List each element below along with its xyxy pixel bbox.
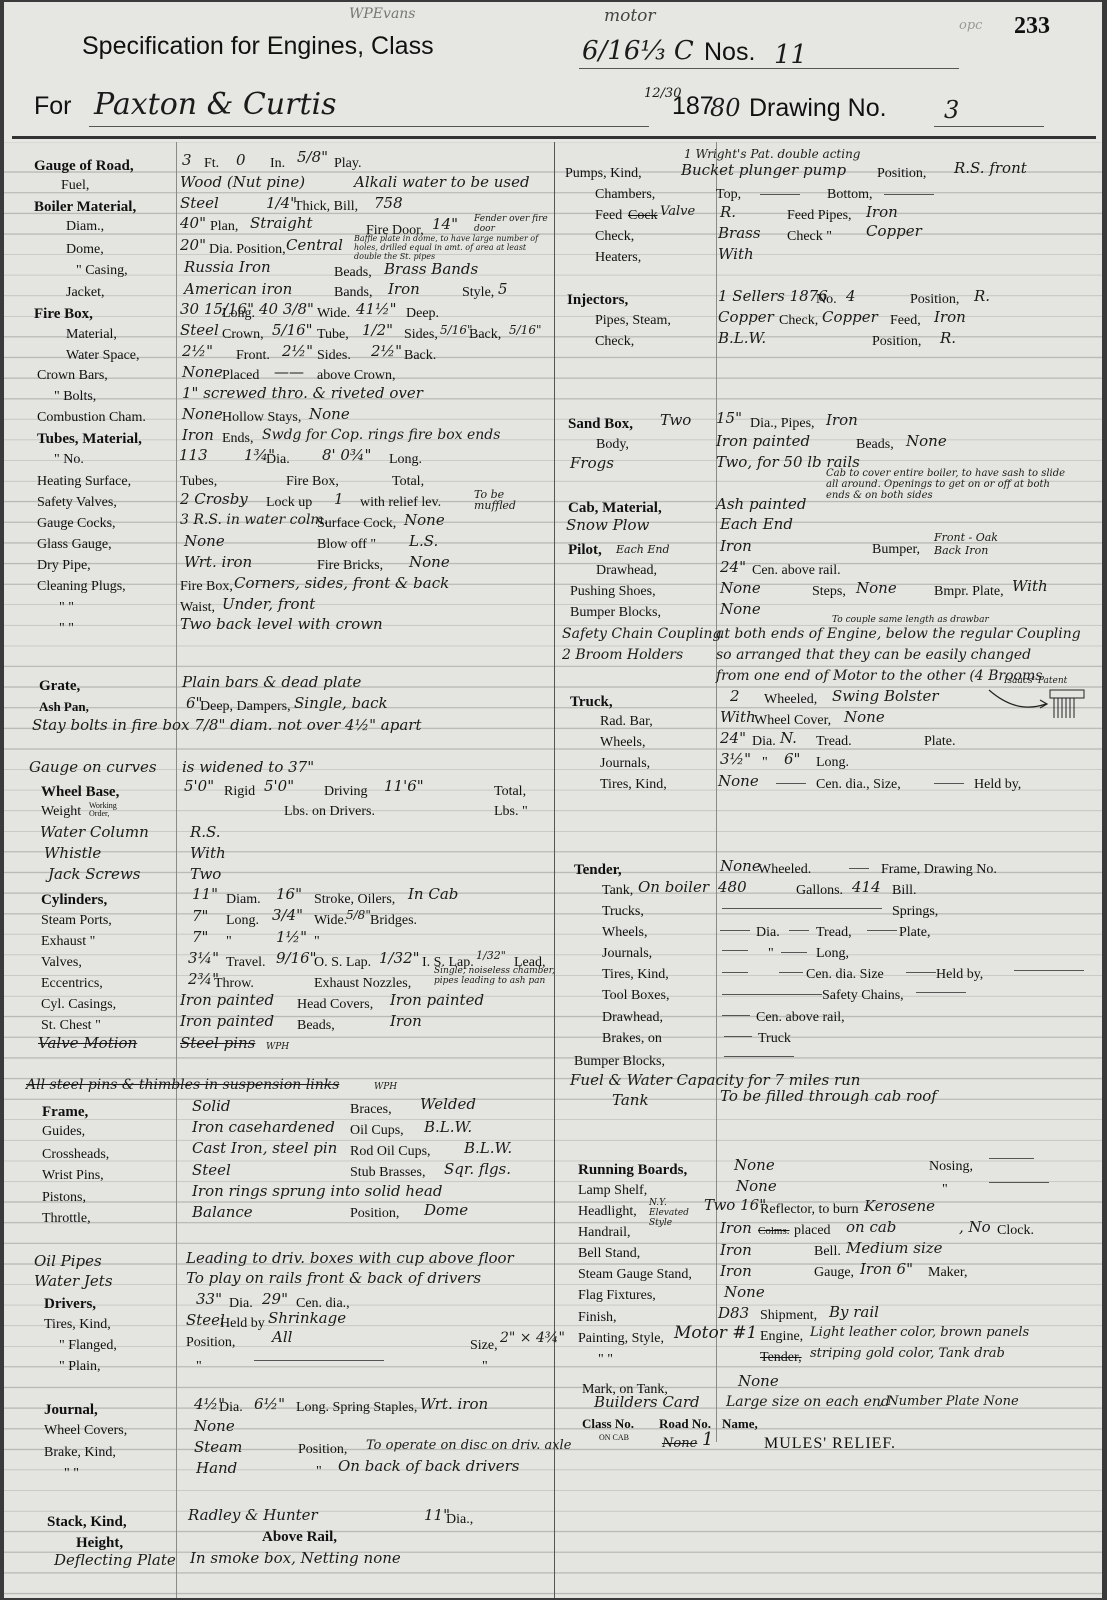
label-ash-pan: Ash Pan, — [39, 699, 89, 715]
brakes-truck-label: Truck — [758, 1031, 791, 1047]
label-lamp-shelf: Lamp Shelf, — [578, 1183, 647, 1199]
label-headlight: Headlight, — [578, 1204, 637, 1220]
pumps-position: R.S. front — [954, 160, 1027, 176]
tank-handwritten: On boiler — [638, 879, 709, 895]
handrail-placed-label: placed — [794, 1223, 831, 1239]
label-valves: Valves, — [41, 955, 82, 971]
tubes-long-label: Long. — [389, 452, 422, 468]
combustion-value: None — [182, 406, 223, 422]
wrist-pins-value: Steel — [192, 1162, 231, 1178]
label-tank: Tank, — [602, 883, 633, 899]
pilot-bumper-label: Bumper, — [872, 542, 920, 558]
t-tires-cen-label: Cen. dia. Size — [806, 967, 884, 983]
truck-wheeled: Swing Bolster — [832, 688, 939, 704]
label-brake-kind: Brake, Kind, — [44, 1445, 116, 1461]
inj-check-value: B.L.W. — [718, 330, 766, 346]
gauge-play-label: Play. — [334, 156, 361, 172]
label-weight: Weight — [41, 804, 81, 820]
bmpr-plate-value: With — [1012, 578, 1048, 594]
material-sides-label: Sides, — [404, 327, 438, 343]
material-value: Steel — [180, 322, 219, 338]
nos-value: 11 — [774, 40, 807, 70]
plain-ditto: " — [196, 1359, 202, 1375]
t-tires-blank1 — [722, 972, 748, 973]
t-tires-blank4 — [1014, 970, 1084, 971]
label-glass-gauge: Glass Gauge, — [37, 537, 112, 553]
valve-motion-initials: WPH — [266, 1042, 289, 1052]
injectors-position: R. — [974, 288, 990, 304]
clock-pre: , No — [959, 1219, 991, 1235]
painting-engine-label: Engine, — [760, 1329, 803, 1345]
lamp-shelf-blank — [989, 1182, 1049, 1183]
label-boiler-material: Boiler Material, — [34, 199, 136, 215]
brake-position-label: Position, — [298, 1442, 347, 1458]
tires-cen-label: Cen. dia., Size, — [816, 777, 901, 793]
class-underline — [579, 68, 959, 69]
left-col-divider — [176, 142, 177, 1598]
flanged-position-label: Position, — [186, 1335, 235, 1351]
label-truck: Truck, — [570, 694, 613, 710]
stub-brasses-value: Sqr. flgs. — [444, 1161, 511, 1177]
casing-value: Russia Iron — [184, 259, 271, 275]
brake-hand-position: On back of back drivers — [338, 1458, 519, 1474]
jacket-bands: Iron — [388, 281, 420, 297]
journal-dia-label: Dia. — [219, 1400, 243, 1416]
label-plain: " Plain, — [59, 1359, 101, 1375]
oil-cups-value: B.L.W. — [424, 1119, 472, 1135]
label-broom-holders: 2 Broom Holders — [562, 647, 683, 663]
cylinders-oilers: In Cab — [408, 886, 458, 902]
wheel-cover-value: None — [844, 709, 885, 725]
steam-ports-wide: 3/4" — [272, 907, 303, 923]
label-cleaning-back: " " — [59, 621, 74, 637]
heating-firebox-label: Fire Box, — [286, 474, 339, 490]
dry-pipe-value: Wrt. iron — [184, 554, 252, 570]
label-tubes-material: Tubes, Material, — [37, 431, 142, 447]
for-underline — [89, 126, 649, 127]
rod-oil-cups-label: Rod Oil Cups, — [350, 1144, 431, 1160]
label-whistle: Whistle — [44, 845, 101, 861]
label-dry-pipe: Dry Pipe, — [37, 558, 91, 574]
cylinders-diam: 11" — [192, 886, 218, 902]
snow-plow-value: Each End — [720, 516, 793, 532]
wheel-cover-label: Wheel Cover, — [754, 713, 831, 729]
surface-cock-label: Surface Cock, — [317, 516, 396, 532]
material-sides: 5/16" — [440, 322, 472, 338]
broom-holders-line1: so arranged that they can be easily chan… — [716, 647, 1031, 663]
label-wheel-covers: Wheel Covers, — [44, 1423, 127, 1439]
bolts-value: 1" screwed thro. & riveted over — [182, 385, 423, 401]
cylinders-diam-label: Diam. — [226, 892, 261, 908]
dome-value: 20" — [180, 237, 206, 253]
lamp-shelf-value: None — [736, 1178, 777, 1194]
brake-kind-value: Steam — [194, 1439, 242, 1455]
label-valve-motion: Valve Motion — [38, 1035, 137, 1051]
label-brakes-on: Brakes, on — [602, 1031, 662, 1047]
t-tires-held-label: Held by, — [936, 967, 983, 983]
label-body: Body, — [596, 437, 629, 453]
gauge-play: 5/8" — [297, 149, 328, 165]
label-cab-material: Cab, Material, — [568, 500, 662, 516]
sand-box-pipes: Iron — [826, 412, 858, 428]
ash-pan-deep-label: Deep, Dampers, — [200, 699, 291, 715]
stub-brasses-label: Stub Brasses, — [350, 1165, 425, 1181]
label-frame: Frame, — [42, 1104, 88, 1120]
material-back-label: Back, — [469, 327, 501, 343]
label-jacket: Jacket, — [66, 285, 104, 301]
wheels-value: 24" — [720, 730, 746, 746]
feed-cock-struck: Cock — [628, 208, 658, 224]
material-tube-label: Tube, — [317, 327, 349, 343]
label-trucks: Trucks, — [602, 904, 644, 920]
throttle-position-label: Position, — [350, 1206, 399, 1222]
cleaning-firebox-value: Corners, sides, front & back — [234, 575, 449, 591]
exhaust-nozzles-label: Exhaust Nozzles, — [314, 976, 411, 992]
label-guides: Guides, — [42, 1124, 85, 1140]
label-running-boards: Running Boards, — [578, 1162, 687, 1178]
label-safety-chain: Safety Chain Coupling — [562, 626, 721, 642]
bell-value: Medium size — [846, 1240, 943, 1256]
label-chambers: Chambers, — [595, 187, 655, 203]
blow-off-label: Blow off " — [317, 537, 376, 553]
tank-value: 480 — [718, 879, 747, 895]
firebox-deep-label: Deep. — [406, 306, 439, 322]
bumper-back: Back Iron — [934, 545, 988, 557]
label-tank-fill: Tank — [612, 1092, 649, 1108]
label-inj-check: Check, — [595, 334, 634, 350]
cleaning-back-value: Two back level with crown — [180, 616, 383, 632]
painting-engine-value: Light leather color, brown panels — [810, 1325, 1029, 1341]
tubes-material-value: Iron — [182, 427, 214, 443]
safety-chain-note: To couple same length as drawbar — [832, 615, 989, 625]
flanged-position: All — [272, 1329, 292, 1345]
bell-label: Bell. — [814, 1244, 841, 1260]
journals-value: 3½" — [720, 751, 751, 767]
frame-value: Solid — [192, 1098, 231, 1114]
jacket-bands-label: Bands, — [334, 285, 373, 301]
chambers-bottom-label: Bottom, — [827, 187, 873, 203]
weight-drivers-label: Lbs. on Drivers. — [284, 804, 375, 820]
crown-bars-value: None — [182, 364, 223, 380]
t-wheels-blank2 — [789, 930, 809, 931]
pilot-value: Iron — [720, 538, 752, 554]
pilot-sub: Each End — [616, 542, 670, 558]
surface-cock-value: None — [404, 512, 445, 528]
steam-ports-long: 7" — [192, 908, 208, 924]
label-stack-kind: Stack, Kind, — [47, 1514, 127, 1530]
water-jets-value: To play on rails front & back of drivers — [186, 1270, 481, 1286]
gauge-in-label: In. — [270, 156, 285, 172]
gauge-in: 0 — [236, 152, 246, 168]
wheels-dia-label: Dia. — [752, 734, 776, 750]
shipment-label: Shipment, — [760, 1308, 817, 1324]
drawhead-cen-label: Cen. above rail. — [752, 563, 841, 579]
drawing-label: Drawing No. — [749, 100, 887, 116]
diam-plan: Straight — [250, 215, 313, 231]
flanged-underline — [254, 1360, 384, 1361]
flag-fixtures-value: None — [724, 1284, 765, 1300]
hollow-stays-label: Hollow Stays, — [222, 410, 301, 426]
wheel-base-total-label: Total, — [494, 784, 526, 800]
safety-valves-note: To be muffled — [474, 489, 544, 511]
label-oil-pipes: Oil Pipes — [34, 1253, 102, 1269]
wheel-base-rigid-label: Rigid — [224, 784, 255, 800]
label-dome: Dome, — [66, 242, 104, 258]
t-wheels-dia-label: Dia. — [756, 925, 780, 941]
label-name: Name, — [722, 1416, 758, 1432]
jack-screws-value: Two — [190, 866, 221, 882]
year-handwritten: 80 — [710, 94, 741, 122]
label-builders-card: Builders Card — [594, 1394, 700, 1410]
dome-note: Baffle plate in dome, to have large numb… — [354, 234, 554, 261]
gauge-label: Gauge, — [814, 1265, 854, 1281]
braces-value: Welded — [420, 1096, 476, 1112]
label-t-drawhead: Drawhead, — [602, 1010, 663, 1026]
safety-chains-blank — [916, 992, 966, 993]
chambers-top-label: Top, — [716, 187, 741, 203]
label-snow-plow: Snow Plow — [566, 517, 649, 533]
pipes-check-value: Copper — [822, 309, 878, 325]
fire-door-value: 14" — [432, 216, 458, 232]
valves-os-lap: 9/16" — [276, 950, 317, 966]
eccentrics-throw-label: Throw. — [214, 976, 254, 992]
tank-gallons-label: Gallons. — [796, 883, 843, 899]
journal-long: 6½" — [254, 1396, 285, 1412]
tubes-ends-label: Ends, — [222, 431, 254, 447]
label-steam-ports: Steam Ports, — [41, 913, 112, 929]
wheel-base-total: 11'6" — [384, 778, 424, 794]
body-beads-label: Beads, — [856, 437, 894, 453]
stack-dia-label: Dia., — [446, 1512, 473, 1528]
cleaning-waist-value: Under, front — [222, 596, 315, 612]
label-cleaning-plugs: Cleaning Plugs, — [37, 579, 126, 595]
tires-value: None — [718, 773, 759, 789]
label-handrail: Handrail, — [578, 1225, 630, 1241]
label-crossheads: Crossheads, — [42, 1147, 109, 1163]
label-deflecting-plate: Deflecting Plate — [54, 1552, 176, 1568]
label-painting-style: Painting, Style, — [578, 1331, 664, 1347]
gauge-cocks-value: 3 R.S. in water colm. — [180, 512, 328, 528]
gauge-curves-value: is widened to 37" — [182, 759, 314, 775]
ws-back-label: Back. — [404, 348, 436, 364]
grate-value: Plain bars & dead plate — [182, 674, 361, 690]
whistle-value: With — [190, 845, 226, 861]
trucks-blank — [722, 908, 882, 909]
tires-held-value: Shrinkage — [268, 1310, 346, 1326]
t-wheels-tread-label: Tread, — [816, 925, 852, 941]
tank-bill: 414 — [852, 879, 881, 895]
valves-lead: 1/32" — [476, 948, 506, 964]
label-t-tires: Tires, Kind, — [602, 967, 669, 983]
valves-travel: 3¼" — [188, 950, 219, 966]
label-bumper-blocks: Bumper Blocks, — [570, 605, 661, 621]
headlight-value: Two 16" — [704, 1197, 766, 1213]
stack-kind-value: Radley & Hunter — [188, 1507, 318, 1523]
check2-value: Copper — [866, 223, 922, 239]
cleaning-waist-label: Waist, — [180, 600, 215, 616]
header-rule — [12, 136, 1096, 139]
wheels-tread-value: N. — [780, 730, 797, 746]
diam-plan-label: Plan, — [210, 219, 238, 235]
label-grate: Grate, — [39, 678, 80, 694]
lamp-shelf-ditto: " — [942, 1182, 948, 1198]
bmpr-plate-label: Bmpr. Plate, — [934, 584, 1004, 600]
label-fuel: Fuel, — [61, 178, 89, 194]
heaters-value: With — [718, 246, 754, 262]
label-tool-boxes: Tool Boxes, — [602, 988, 669, 1004]
lockup-value: 1 — [334, 491, 344, 507]
firebox-deep: 41½" — [356, 301, 397, 317]
truck-value: 2 — [730, 688, 740, 704]
dome-position: Central — [286, 237, 343, 253]
steam-ports-bridges-label: Bridges. — [370, 913, 417, 929]
label-safety-valves: Safety Valves, — [37, 495, 117, 511]
gauge-ft-label: Ft. — [204, 156, 219, 172]
wheel-base-rigid: 5'0" — [184, 778, 214, 794]
braces-label: Braces, — [350, 1102, 392, 1118]
injectors-value: 1 Sellers 1876 — [718, 288, 828, 304]
flanged-size: 2" × 4¾" — [500, 1330, 565, 1346]
plain-ditto2: " — [482, 1359, 488, 1375]
t-drawhead-cen-label: Cen. above rail, — [756, 1010, 845, 1026]
label-t-bumper: Bumper Blocks, — [574, 1054, 665, 1070]
broom-sketch-icon — [984, 682, 1099, 732]
casing-beads: Brass Bands — [384, 261, 478, 277]
label-tires-kind: Tires, Kind, — [44, 1317, 111, 1333]
drawing-value: 3 — [944, 96, 959, 124]
label-pumps: Pumps, Kind, — [565, 166, 642, 182]
tender-value: None — [720, 858, 761, 874]
throttle-position: Dome — [424, 1202, 468, 1218]
oil-pipes-value: Leading to driv. boxes with cup above fl… — [186, 1250, 514, 1266]
drivers-cen: 29" — [262, 1291, 288, 1307]
wheel-base-driving-label: Driving — [324, 784, 368, 800]
wheels-plate-label: Plate. — [924, 734, 956, 750]
mark-tank-value: None — [738, 1373, 779, 1389]
inj-check-position-label: Position, — [872, 334, 921, 350]
jacket-value: American iron — [184, 281, 292, 297]
label-gauge-curves: Gauge on curves — [29, 759, 157, 775]
label-gauge-of-road: Gauge of Road, — [34, 158, 134, 174]
tank-bill-label: Bill. — [892, 883, 917, 899]
label-bell-stand: Bell Stand, — [578, 1246, 640, 1262]
road-no-value: 1 — [702, 1432, 713, 1448]
ws-sides: 2½" — [282, 343, 313, 359]
diam-value: 40" — [180, 215, 206, 231]
class-on-cab: ON CAB — [599, 1430, 629, 1446]
material-crown-label: Crown, — [222, 327, 264, 343]
tubes-long: 8' 0¾" — [322, 447, 371, 463]
label-pilot: Pilot, — [568, 542, 602, 558]
body-beads: None — [906, 433, 947, 449]
label-fire-box: Fire Box, — [34, 306, 93, 322]
drawing-underline — [934, 126, 1044, 127]
cleaning-firebox-label: Fire Box, — [180, 579, 233, 595]
label-finish: Finish, — [578, 1310, 617, 1326]
label-bolts: " Bolts, — [54, 389, 96, 405]
head-covers-value: Iron painted — [390, 992, 484, 1008]
trucks-springs-label: Springs, — [892, 904, 938, 920]
material-tube: 1/2" — [362, 322, 393, 338]
cab-note: Cab to cover entire boiler, to have sash… — [826, 468, 1066, 501]
weight-sub: Working Order, — [89, 802, 123, 818]
chambers-top-blank — [760, 194, 800, 195]
tires-held-label-r: Held by, — [974, 777, 1021, 793]
dome-dia-label: Dia. Position, — [209, 242, 286, 258]
fuel-note: Alkali water to be used — [354, 174, 530, 190]
label-throttle: Throttle, — [42, 1211, 91, 1227]
check-value: Brass — [718, 225, 761, 241]
casing-beads-label: Beads, — [334, 265, 372, 281]
spring-staples-value: Wrt. iron — [420, 1396, 488, 1412]
year-printed: 187 — [672, 98, 714, 114]
painting-style-value: Motor #1 — [674, 1325, 757, 1341]
painting-tender-label: Tender, — [760, 1350, 802, 1366]
chambers-bottom-blank — [884, 194, 934, 195]
road-no-struck: None — [662, 1436, 697, 1452]
fuel-value: Wood (Nut pine) — [180, 174, 305, 190]
label-flag-fixtures: Flag Fixtures, — [578, 1288, 656, 1304]
t-drawhead-blank — [722, 1015, 750, 1016]
maker-label: Maker, — [928, 1265, 967, 1281]
pumps-value-line1: 1 Wright's Pat. double acting — [684, 148, 860, 161]
nosing-label: Nosing, — [929, 1159, 973, 1175]
tubes-dia-label: Dia. — [266, 452, 290, 468]
ws-front: 2½" — [182, 343, 213, 359]
jacket-style-label: Style, — [462, 285, 494, 301]
label-frogs: Frogs — [570, 455, 614, 471]
label-eccentrics: Eccentrics, — [41, 976, 103, 992]
label-material: Material, — [66, 327, 117, 343]
label-water-jets: Water Jets — [34, 1273, 113, 1289]
tender-wheeled-label: Wheeled. — [758, 862, 811, 878]
sand-box-dia: 15" — [716, 410, 742, 426]
label-feed: Feed — [595, 208, 622, 224]
builders-card-value: Large size on each end — [726, 1394, 890, 1410]
sand-box-handwritten: Two — [660, 412, 691, 428]
handrail-value: Iron — [720, 1220, 752, 1236]
label-t-wheels: Wheels, — [602, 925, 647, 941]
brake-position-value: To operate on disc on driv. axle — [366, 1438, 571, 1454]
crown-bars-placed: —— — [274, 364, 304, 380]
running-boards-value: None — [734, 1157, 775, 1173]
material-crown: 5/16" — [272, 322, 313, 338]
truck-wheeled-label: Wheeled, — [764, 692, 817, 708]
for-value: Paxton & Curtis — [94, 88, 337, 122]
guides-value: Iron casehardened — [192, 1119, 335, 1135]
label-water-column: Water Column — [40, 824, 149, 840]
pipes-steam-value: Copper — [718, 309, 774, 325]
ws-sides-label: Sides. — [317, 348, 351, 364]
steps-value: None — [856, 580, 897, 596]
top-note-class: motor — [604, 8, 656, 24]
steam-ports-bridges: 5/8" — [346, 907, 371, 923]
label-tubes-no: " No. — [54, 452, 84, 468]
exhaust-long: 7" — [192, 929, 208, 945]
steam-ports-long-label: Long. — [226, 913, 259, 929]
cylinders-stroke-label: Stroke, Oilers, — [314, 892, 395, 908]
t-wheels-blank3 — [867, 930, 897, 931]
wheels-tread-label: Tread. — [816, 734, 852, 750]
steam-gauge-stand-value: Iron — [720, 1263, 752, 1279]
bell-stand-value: Iron — [720, 1242, 752, 1258]
label-height: Height, — [76, 1535, 123, 1551]
label-cleaning-waist: " " — [59, 600, 74, 616]
oil-cups-label: Oil Cups, — [350, 1123, 404, 1139]
rod-oil-cups-value: B.L.W. — [464, 1140, 512, 1156]
feed-pipes-label: Feed Pipes, — [787, 208, 852, 224]
glass-gauge-value: None — [184, 533, 225, 549]
